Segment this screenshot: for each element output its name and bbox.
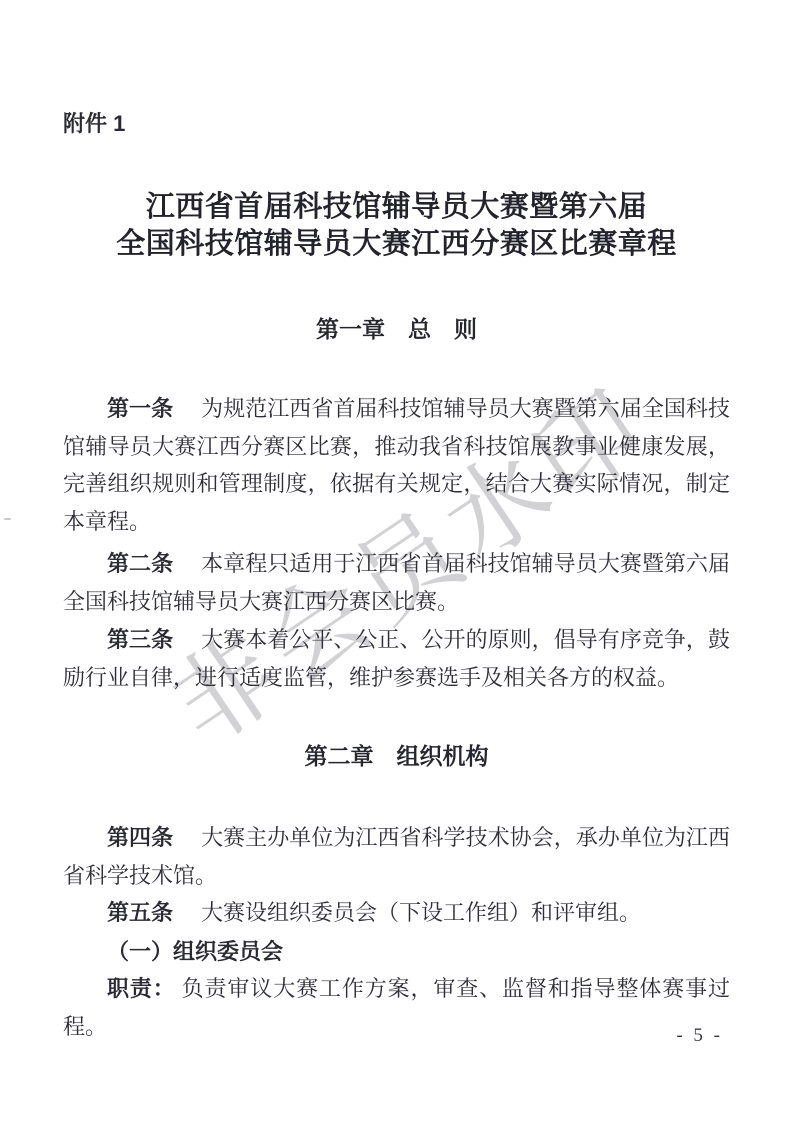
article-5-paragraph: 第五条 大赛设组织委员会（下设工作组）和评审组。 [63, 894, 730, 932]
subsection-label: （一）组织委员会 [107, 939, 283, 964]
article-2-label: 第二条 [107, 551, 173, 576]
document-title: 江西省首届科技馆辅导员大赛暨第六届 全国科技馆辅导员大赛江西分赛区比赛章程 [0, 189, 793, 263]
chapter-1-heading: 第一章 总 则 [0, 314, 793, 344]
duty-label: 职责： [107, 976, 176, 1001]
article-1-label: 第一条 [107, 396, 173, 421]
article-3-paragraph: 第三条 大赛本着公平、公正、公开的原则，倡导有序竞争，鼓励行业自律，进行适度监管… [63, 621, 730, 696]
duty-paragraph: 职责：负责审议大赛工作方案，审查、监督和指导整体赛事过程。 [63, 970, 730, 1045]
article-1-paragraph: 第一条 为规范江西省首届科技馆辅导员大赛暨第六届全国科技馆辅导员大赛江西分赛区比… [63, 390, 730, 540]
chapter-2-heading: 第二章 组织机构 [0, 741, 793, 771]
page-number: - 5 - [676, 1024, 723, 1048]
article-5-label: 第五条 [107, 900, 173, 925]
article-5-text: 大赛设组织委员会（下设工作组）和评审组。 [179, 900, 641, 925]
article-4-paragraph: 第四条 大赛主办单位为江西省科学技术协会，承办单位为江西省科学技术馆。 [63, 819, 730, 894]
document-title-line2: 全国科技馆辅导员大赛江西分赛区比赛章程 [0, 226, 793, 263]
article-2-paragraph: 第二条 本章程只适用于江西省首届科技馆辅导员大赛暨第六届全国科技馆辅导员大赛江西… [63, 545, 730, 620]
document-content: 附件 1 江西省首届科技馆辅导员大赛暨第六届 全国科技馆辅导员大赛江西分赛区比赛… [0, 0, 793, 1122]
subsection-heading: （一）组织委员会 [63, 933, 730, 971]
article-4-label: 第四条 [107, 825, 173, 850]
scanned-document-page: 非会员水印 附件 1 江西省首届科技馆辅导员大赛暨第六届 全国科技馆辅导员大赛江… [0, 0, 793, 1122]
document-title-line1: 江西省首届科技馆辅导员大赛暨第六届 [0, 189, 793, 226]
attachment-label: 附件 1 [63, 110, 125, 138]
article-3-label: 第三条 [107, 627, 173, 652]
